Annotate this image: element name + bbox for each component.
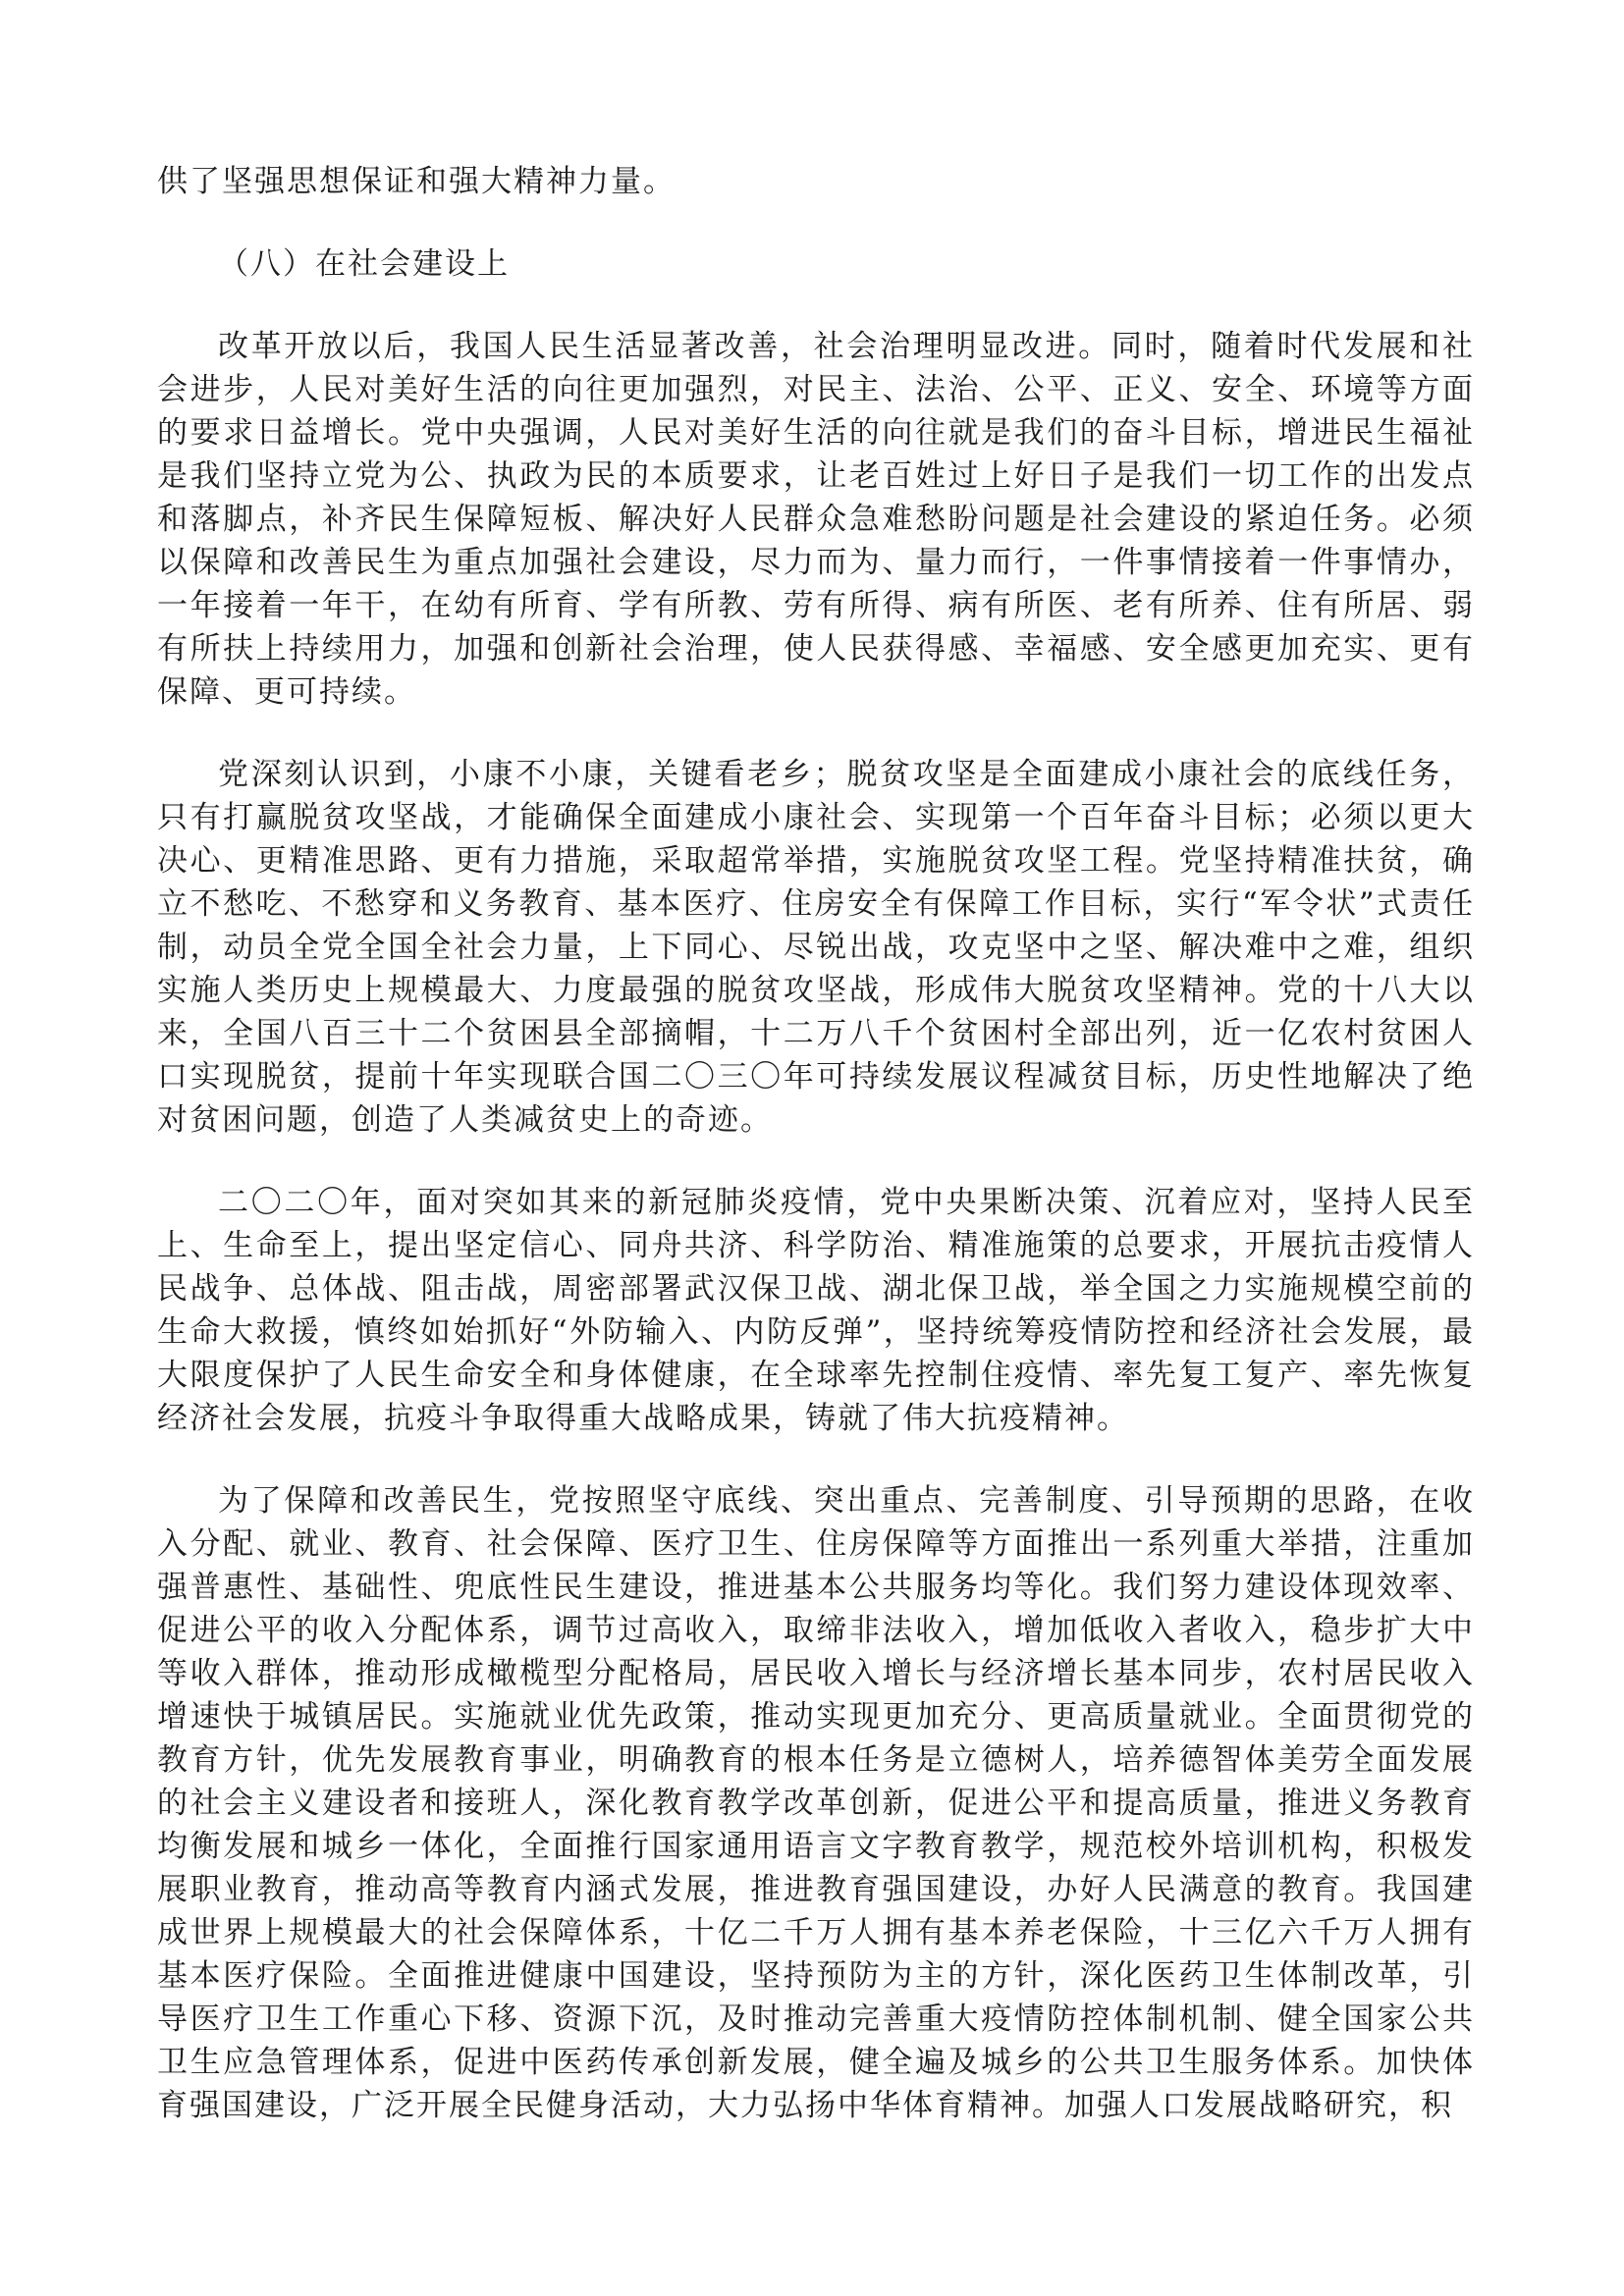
document-content: 供了坚强思想保证和强大精神力量。 （八）在社会建设上 改革开放以后，我国人民生活… xyxy=(157,160,1475,2127)
section-heading: （八）在社会建设上 xyxy=(157,242,1475,286)
document-page: 供了坚强思想保证和强大精神力量。 （八）在社会建设上 改革开放以后，我国人民生活… xyxy=(0,0,1624,2296)
continuation-line: 供了坚强思想保证和强大精神力量。 xyxy=(157,160,1475,203)
paragraph-covid-response: 二〇二〇年，面对突如其来的新冠肺炎疫情，党中央果断决策、沉着应对，坚持人民至上、… xyxy=(157,1181,1475,1440)
paragraph-livelihood-measures: 为了保障和改善民生，党按照坚守底线、突出重点、完善制度、引导预期的思路，在收入分… xyxy=(157,1479,1475,2127)
paragraph-social-improvement: 改革开放以后，我国人民生活显著改善，社会治理明显改进。同时，随着时代发展和社会进… xyxy=(157,325,1475,714)
paragraph-poverty-alleviation: 党深刻认识到，小康不小康，关键看老乡；脱贫攻坚是全面建成小康社会的底线任务，只有… xyxy=(157,753,1475,1142)
